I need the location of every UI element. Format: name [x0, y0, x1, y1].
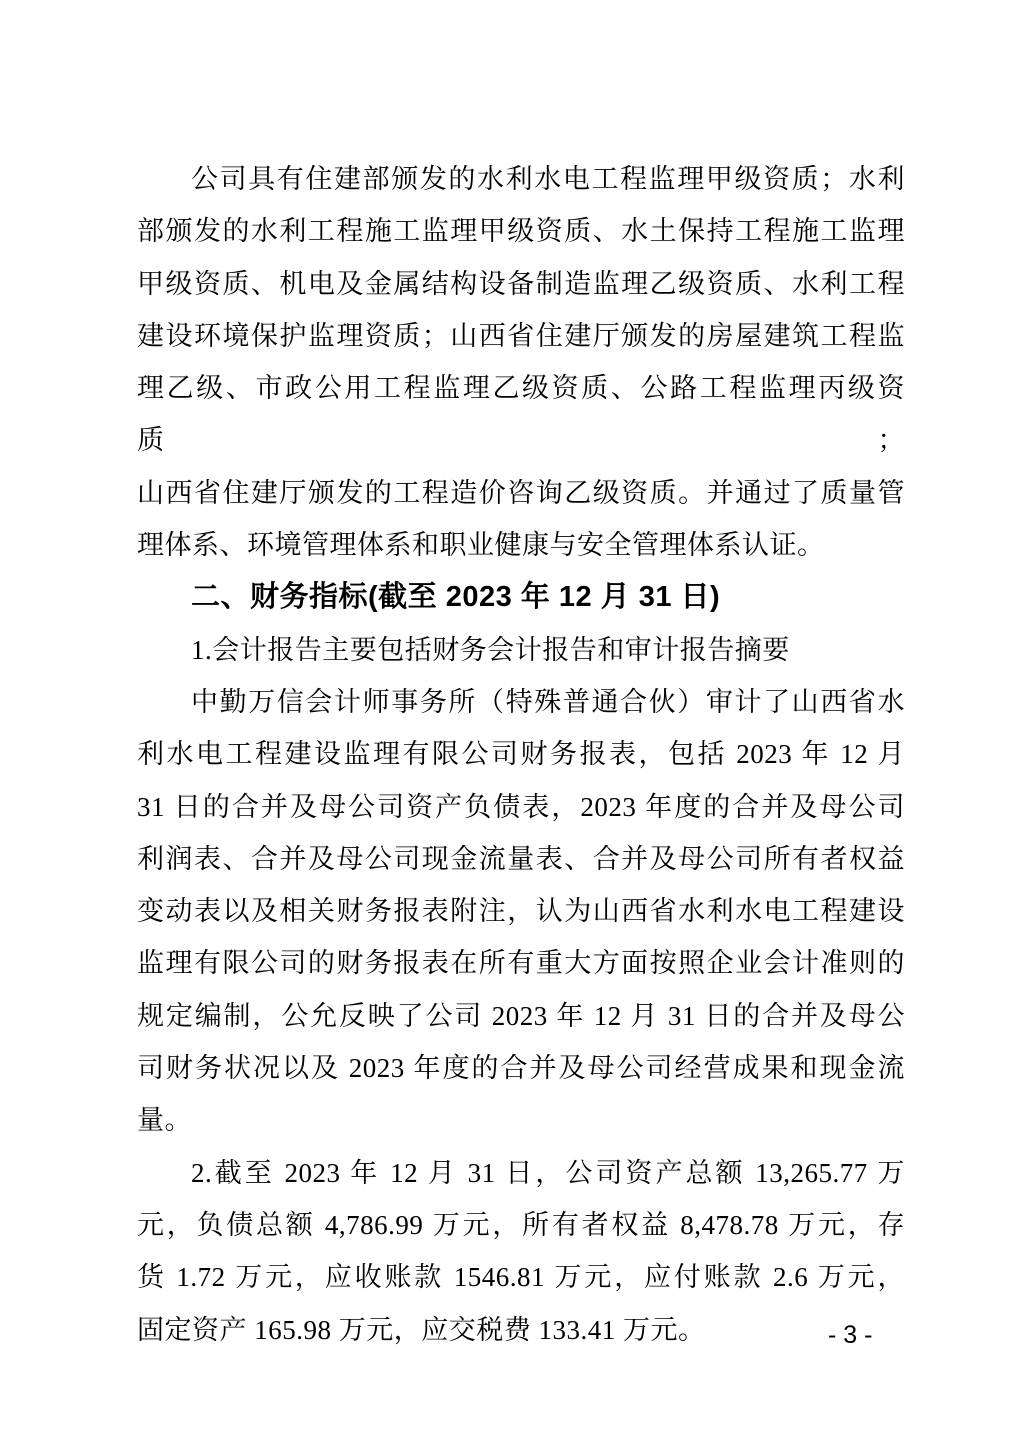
- text-line: 山西省住建厅颁发的工程造价咨询乙级资质。并通过了质量管: [137, 467, 905, 519]
- text-line: 建设环境保护监理资质；山西省住建厅颁发的房屋建筑工程监: [137, 310, 905, 362]
- text-line: 变动表以及相关财务报表附注，认为山西省水利水电工程建设: [137, 885, 905, 937]
- text-line: 元，负债总额 4,786.99 万元，所有者权益 8,478.78 万元，存: [137, 1199, 905, 1251]
- text-line: 理体系、环境管理体系和职业健康与安全管理体系认证。: [137, 519, 905, 571]
- section-heading: 二、财务指标(截至 2023 年 12 月 31 日): [137, 571, 905, 623]
- text-line: 利润表、合并及母公司现金流量表、合并及母公司所有者权益: [137, 833, 905, 885]
- text-line: 理乙级、市政公用工程监理乙级资质、公路工程监理丙级资质；: [137, 362, 905, 467]
- document-body: 公司具有住建部颁发的水利水电工程监理甲级资质；水利部颁发的水利工程施工监理甲级资…: [137, 153, 905, 1356]
- text-line: 2.截至 2023 年 12 月 31 日，公司资产总额 13,265.77 万: [137, 1147, 905, 1199]
- text-line: 规定编制，公允反映了公司 2023 年 12 月 31 日的合并及母公: [137, 990, 905, 1042]
- text-line: 公司具有住建部颁发的水利水电工程监理甲级资质；水利: [137, 153, 905, 205]
- text-line: 监理有限公司的财务报表在所有重大方面按照企业会计准则的: [137, 937, 905, 989]
- text-line: 部颁发的水利工程施工监理甲级资质、水土保持工程施工监理: [137, 205, 905, 257]
- document-page: 公司具有住建部颁发的水利水电工程监理甲级资质；水利部颁发的水利工程施工监理甲级资…: [0, 0, 1024, 1448]
- text-line: 甲级资质、机电及金属结构设备制造监理乙级资质、水利工程: [137, 258, 905, 310]
- text-line: 中勤万信会计师事务所（特殊普通合伙）审计了山西省水: [137, 676, 905, 728]
- text-line: 量。: [137, 1094, 905, 1146]
- page-number: - 3 -: [828, 1320, 872, 1350]
- text-line: 货 1.72 万元，应收账款 1546.81 万元，应付账款 2.6 万元，: [137, 1251, 905, 1303]
- text-line: 1.会计报告主要包括财务会计报告和审计报告摘要: [137, 624, 905, 676]
- text-line: 司财务状况以及 2023 年度的合并及母公司经营成果和现金流: [137, 1042, 905, 1094]
- text-line: 利水电工程建设监理有限公司财务报表，包括 2023 年 12 月: [137, 728, 905, 780]
- text-line: 31 日的合并及母公司资产负债表，2023 年度的合并及母公司: [137, 781, 905, 833]
- text-line: 固定资产 165.98 万元，应交税费 133.41 万元。: [137, 1304, 905, 1356]
